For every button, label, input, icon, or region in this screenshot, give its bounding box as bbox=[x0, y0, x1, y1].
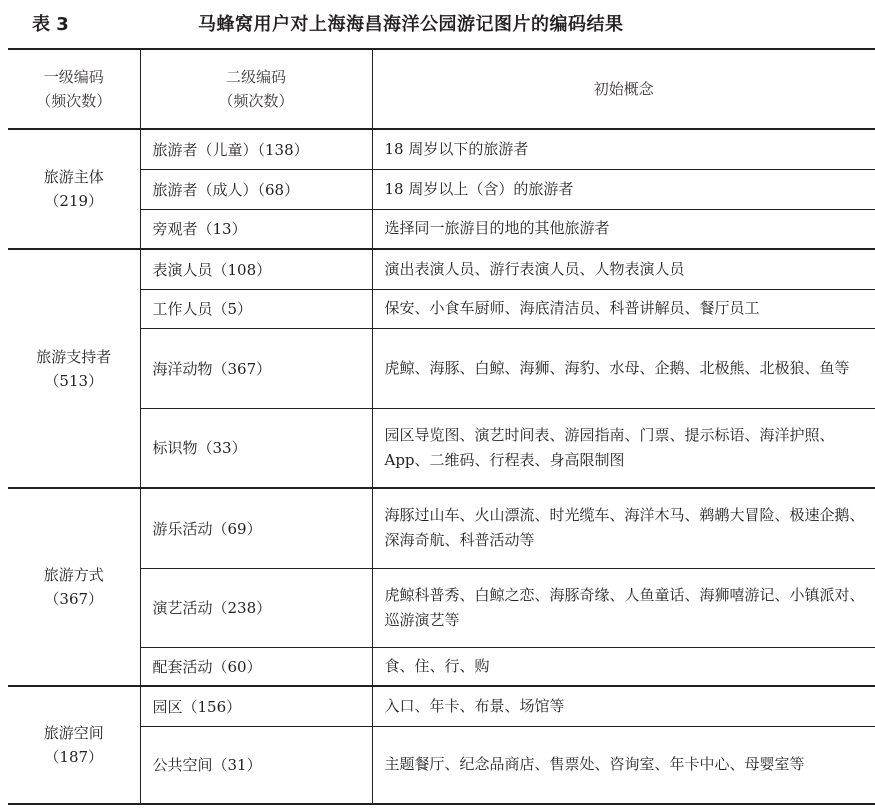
group-name: 旅游空间 bbox=[8, 721, 140, 745]
concepts-cell: 虎鲸科普秀、白鲸之恋、海豚奇缘、人鱼童话、海狮嘻游记、小镇派对、巡游演艺等 bbox=[372, 568, 875, 647]
coding-results-table: 一级编码 （频次数） 二级编码 （频次数） 初始概念 旅游主体 （219） 旅游… bbox=[8, 48, 875, 805]
table-row: 旅游空间 （187） 园区（156） 入口、年卡、布景、场馆等 bbox=[8, 686, 875, 726]
code-cell: 工作人员（5） bbox=[140, 289, 372, 328]
concepts-cell: 食、住、行、购 bbox=[372, 647, 875, 686]
header-level2-sub: （频次数） bbox=[141, 89, 372, 113]
concepts-cell: 18 周岁以上（含）的旅游者 bbox=[372, 169, 875, 209]
group-cell: 旅游空间 （187） bbox=[8, 686, 140, 804]
group-count: （187） bbox=[8, 745, 140, 769]
code-cell: 园区（156） bbox=[140, 686, 372, 726]
table-row: 旅游支持者 （513） 表演人员（108） 演出表演人员、游行表演人员、人物表演… bbox=[8, 249, 875, 289]
code-cell: 旅游者（成人）（68） bbox=[140, 169, 372, 209]
concepts-cell: 园区导览图、演艺时间表、游园指南、门票、提示标语、海洋护照、App、二维码、行程… bbox=[372, 408, 875, 488]
group-cell: 旅游支持者 （513） bbox=[8, 249, 140, 488]
table-caption: 表 3 马蜂窝用户对上海海昌海洋公园游记图片的编码结果 bbox=[0, 8, 875, 38]
group-cell: 旅游主体 （219） bbox=[8, 129, 140, 249]
header-level1: 一级编码 （频次数） bbox=[8, 49, 140, 129]
table-row: 旅游主体 （219） 旅游者（儿童）（138） 18 周岁以下的旅游者 bbox=[8, 129, 875, 169]
group-count: （219） bbox=[8, 189, 140, 213]
group-name: 旅游主体 bbox=[8, 165, 140, 189]
code-cell: 表演人员（108） bbox=[140, 249, 372, 289]
group-name: 旅游支持者 bbox=[8, 345, 140, 369]
concepts-cell: 入口、年卡、布景、场馆等 bbox=[372, 686, 875, 726]
table-row: 旅游方式 （367） 游乐活动（69） 海豚过山车、火山漂流、时光缆车、海洋木马… bbox=[8, 488, 875, 568]
code-cell: 旅游者（儿童）（138） bbox=[140, 129, 372, 169]
concepts-cell: 主题餐厅、纪念品商店、售票处、咨询室、年卡中心、母婴室等 bbox=[372, 726, 875, 804]
header-level1-label: 一级编码 bbox=[8, 65, 140, 89]
concepts-cell: 保安、小食车厨师、海底清洁员、科普讲解员、餐厅员工 bbox=[372, 289, 875, 328]
header-level2-label: 二级编码 bbox=[141, 65, 372, 89]
header-row: 一级编码 （频次数） 二级编码 （频次数） 初始概念 bbox=[8, 49, 875, 129]
concepts-cell: 演出表演人员、游行表演人员、人物表演人员 bbox=[372, 249, 875, 289]
group-cell: 旅游方式 （367） bbox=[8, 488, 140, 686]
code-cell: 海洋动物（367） bbox=[140, 328, 372, 408]
code-cell: 配套活动（60） bbox=[140, 647, 372, 686]
code-cell: 标识物（33） bbox=[140, 408, 372, 488]
code-cell: 公共空间（31） bbox=[140, 726, 372, 804]
concepts-cell: 选择同一旅游目的地的其他旅游者 bbox=[372, 209, 875, 249]
group-count: （513） bbox=[8, 369, 140, 393]
group-count: （367） bbox=[8, 587, 140, 611]
concepts-cell: 海豚过山车、火山漂流、时光缆车、海洋木马、鹈鹕大冒险、极速企鹅、深海奇航、科普活… bbox=[372, 488, 875, 568]
code-cell: 游乐活动（69） bbox=[140, 488, 372, 568]
code-cell: 演艺活动（238） bbox=[140, 568, 372, 647]
table-title: 马蜂窝用户对上海海昌海洋公园游记图片的编码结果 bbox=[198, 10, 624, 36]
group-name: 旅游方式 bbox=[8, 563, 140, 587]
header-level2: 二级编码 （频次数） bbox=[140, 49, 372, 129]
code-cell: 旁观者（13） bbox=[140, 209, 372, 249]
concepts-cell: 虎鲸、海豚、白鲸、海狮、海豹、水母、企鹅、北极熊、北极狼、鱼等 bbox=[372, 328, 875, 408]
header-level1-sub: （频次数） bbox=[8, 89, 140, 113]
concepts-cell: 18 周岁以下的旅游者 bbox=[372, 129, 875, 169]
table-number: 表 3 bbox=[32, 10, 69, 36]
header-concepts: 初始概念 bbox=[372, 49, 875, 129]
